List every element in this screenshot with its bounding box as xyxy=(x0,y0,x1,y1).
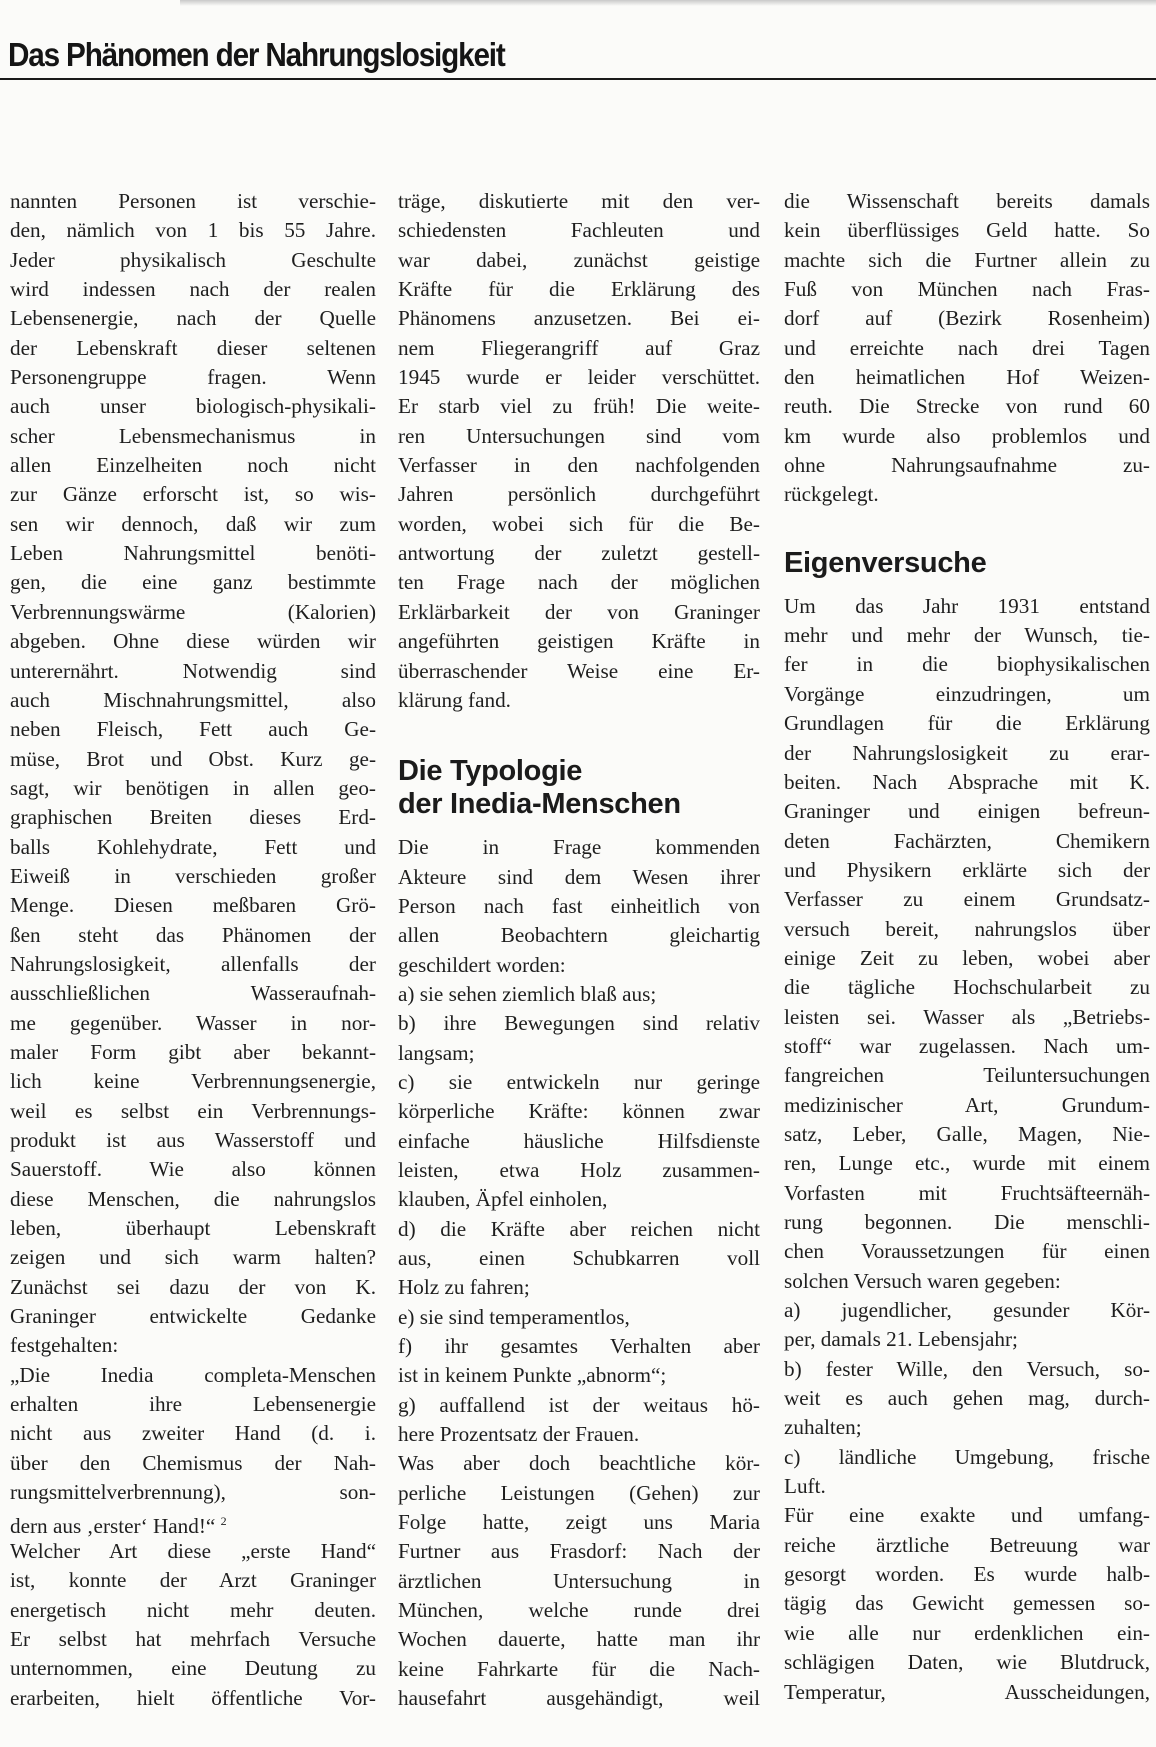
text-line: Furtner aus Frasdorf: Nach der xyxy=(398,1537,760,1566)
text-line: medizinischer Art, Grundum- xyxy=(784,1091,1150,1120)
text-line: Vorfasten mit Fruchtsäfteernäh- xyxy=(784,1179,1150,1208)
text-line: Nahrungslosigkeit, allenfalls der xyxy=(10,950,376,979)
text-line: sagt, wir benötigen in allen geo- xyxy=(10,774,376,803)
text-line: auch unser biologisch-physikali- xyxy=(10,392,376,421)
text-line: angeführten geistigen Kräfte in xyxy=(398,627,760,656)
list-item-line: langsam; xyxy=(398,1039,760,1068)
text-line: Welcher Art diese „erste Hand“ xyxy=(10,1537,376,1566)
text-line: reuth. Die Strecke von rund 60 xyxy=(784,392,1150,421)
text-line: fangreichen Teiluntersuchungen xyxy=(784,1061,1150,1090)
text-line: schlägigen Daten, wie Blutdruck, xyxy=(784,1648,1150,1677)
text-line: unterernährt. Notwendig sind xyxy=(10,657,376,686)
paragraph: nannten Personen ist verschie-den, nämli… xyxy=(10,187,376,1361)
text-line: Temperatur, Ausscheidungen, xyxy=(784,1678,1150,1707)
paragraph: Um das Jahr 1931 entstandmehr und mehr d… xyxy=(784,592,1150,1296)
text-line: Lebensenergie, nach der Quelle xyxy=(10,304,376,333)
text-line: 1945 wurde er leider verschüttet. xyxy=(398,363,760,392)
text-line: Verfasser in den nachfolgenden xyxy=(398,451,760,480)
text-line: Grundlagen für die Erklärung xyxy=(784,709,1150,738)
list-item: e) sie sind temperamentlos, xyxy=(398,1303,760,1332)
text-line: kein überflüssiges Geld hatte. So xyxy=(784,216,1150,245)
text-line: gen, die eine ganz bestimmte xyxy=(10,568,376,597)
paragraph: Die in Frage kommendenAkteure sind dem W… xyxy=(398,833,760,980)
list-item-line: g) auffallend ist der weitaus hö- xyxy=(398,1391,760,1420)
list-item-line: a) sie sehen ziemlich blaß aus; xyxy=(398,980,760,1009)
section-heading: Eigenversuche xyxy=(784,547,1150,580)
list-item-line: weit es auch gehen mag, durch- xyxy=(784,1384,1150,1413)
text-line: zeigen und sich warm halten? xyxy=(10,1243,376,1272)
list-item-line: b) fester Wille, den Versuch, so- xyxy=(784,1355,1150,1384)
list-item-line: Luft. xyxy=(784,1472,1150,1501)
list-item-line: leisten, etwa Holz zusammen- xyxy=(398,1156,760,1185)
text-line: Er selbst hat mehrfach Versuche xyxy=(10,1625,376,1654)
list-item: b) fester Wille, den Versuch, so-weit es… xyxy=(784,1355,1150,1443)
text-line: km wurde also problemlos und xyxy=(784,422,1150,451)
text-line: leben, überhaupt Lebenskraft xyxy=(10,1214,376,1243)
quote-line: erhalten ihre Lebensenergie xyxy=(10,1390,376,1419)
text-line: abgeben. Ohne diese würden wir xyxy=(10,627,376,656)
text-line: stoff“ war zugelassen. Nach um- xyxy=(784,1032,1150,1061)
text-line: nem Fliegerangriff auf Graz xyxy=(398,334,760,363)
text-line: Graninger entwickelte Gedanke xyxy=(10,1302,376,1331)
text-line: energetisch nicht mehr deuten. xyxy=(10,1596,376,1625)
list-item-line: aus, einen Schubkarren voll xyxy=(398,1244,760,1273)
enumerated-list: a) sie sehen ziemlich blaß aus;b) ihre B… xyxy=(398,980,760,1450)
list-item-line: zuhalten; xyxy=(784,1413,1150,1442)
text-line: keine Fahrkarte für die Nach- xyxy=(398,1655,760,1684)
quote-line: rungsmittelverbrennung), son- xyxy=(10,1478,376,1507)
text-line: Zunächst sei dazu der von K. xyxy=(10,1273,376,1302)
text-line: ren, Lunge etc., wurde mit einem xyxy=(784,1149,1150,1178)
text-line: beiten. Nach Absprache mit K. xyxy=(784,768,1150,797)
text-line: zur Gänze erforscht ist, so wis- xyxy=(10,480,376,509)
paragraph: die Wissenschaft bereits damalskein über… xyxy=(784,187,1150,510)
text-line: versuch bereit, nahrungslos über xyxy=(784,915,1150,944)
text-line: sen wir dennoch, daß wir zum xyxy=(10,510,376,539)
text-line: klärung fand. xyxy=(398,686,760,715)
section-heading-line: Die Typologie xyxy=(398,755,760,788)
text-line: deten Fachärzten, Chemikern xyxy=(784,827,1150,856)
text-line: satz, Leber, Galle, Magen, Nie- xyxy=(784,1120,1150,1149)
text-line: leisten sei. Wasser als „Betriebs- xyxy=(784,1003,1150,1032)
text-line: scher Lebensmechanismus in xyxy=(10,422,376,451)
text-line: allen Beobachtern gleichartig xyxy=(398,921,760,950)
list-item-line: f) ihr gesamtes Verhalten aber xyxy=(398,1332,760,1361)
text-line: solchen Versuch waren gegeben: xyxy=(784,1267,1150,1296)
header-divider xyxy=(0,78,1156,80)
text-line: Erklärbarkeit der von Graninger xyxy=(398,598,760,627)
list-item-line: körperliche Kräfte: können zwar xyxy=(398,1097,760,1126)
list-item: c) sie entwickeln nur geringekörperliche… xyxy=(398,1068,760,1215)
text-line: ten Frage nach der möglichen xyxy=(398,568,760,597)
list-item-line: c) sie entwickeln nur geringe xyxy=(398,1068,760,1097)
text-line: rung begonnen. Die menschli- xyxy=(784,1208,1150,1237)
text-line: Jahren persönlich durchgeführt xyxy=(398,480,760,509)
text-line: Kräfte für die Erklärung des xyxy=(398,275,760,304)
text-line: der Nahrungslosigkeit zu erar- xyxy=(784,739,1150,768)
text-line: fer in die biophysikalischen xyxy=(784,650,1150,679)
list-item: a) sie sehen ziemlich blaß aus; xyxy=(398,980,760,1009)
footnote-marker: 2 xyxy=(221,1514,227,1528)
text-line: rückgelegt. xyxy=(784,480,1150,509)
text-line: Person nach fast einheitlich von xyxy=(398,892,760,921)
text-line: weil es selbst ein Verbrennungs- xyxy=(10,1097,376,1126)
text-line: die tägliche Hochschularbeit zu xyxy=(784,973,1150,1002)
text-line: Jeder physikalisch Geschulte xyxy=(10,246,376,275)
list-item-line: Holz zu fahren; xyxy=(398,1273,760,1302)
text-line: wie alle nur erdenklichen ein- xyxy=(784,1619,1150,1648)
text-line: auch Mischnahrungsmittel, also xyxy=(10,686,376,715)
list-item: g) auffallend ist der weitaus hö-here Pr… xyxy=(398,1391,760,1450)
text-line: Die in Frage kommenden xyxy=(398,833,760,862)
text-column-1: nannten Personen ist verschie-den, nämli… xyxy=(10,187,376,1713)
text-line: Eiweiß in verschieden großer xyxy=(10,862,376,891)
text-line: einige Zeit zu leben, wobei aber xyxy=(784,944,1150,973)
text-line: Graninger und einigen befreun- xyxy=(784,797,1150,826)
text-line: Fuß von München nach Fras- xyxy=(784,275,1150,304)
text-line: Phänomens anzusetzen. Bei ei- xyxy=(398,304,760,333)
text-line: allen Einzelheiten noch nicht xyxy=(10,451,376,480)
text-line: den, nämlich von 1 bis 55 Jahre. xyxy=(10,216,376,245)
text-line: hausefahrt ausgehändigt, weil xyxy=(398,1684,760,1713)
list-item: a) jugendlicher, gesunder Kör-per, damal… xyxy=(784,1296,1150,1355)
text-line: Verbrennungswärme (Kalorien) xyxy=(10,598,376,627)
text-line: unternommen, eine Deutung zu xyxy=(10,1654,376,1683)
text-line: erarbeiten, hielt öffentliche Vor- xyxy=(10,1684,376,1713)
text-line: produkt ist aus Wasserstoff und xyxy=(10,1126,376,1155)
text-line: Verfasser zu einem Grundsatz- xyxy=(784,885,1150,914)
text-line: me gegenüber. Wasser in nor- xyxy=(10,1009,376,1038)
enumerated-list: a) jugendlicher, gesunder Kör-per, damal… xyxy=(784,1296,1150,1501)
paragraph: träge, diskutierte mit den ver-schiedens… xyxy=(398,187,760,715)
text-line: die Wissenschaft bereits damals xyxy=(784,187,1150,216)
text-line: reiche ärztliche Betreuung war xyxy=(784,1531,1150,1560)
section-heading: Die Typologieder Inedia-Menschen xyxy=(398,755,760,821)
section-heading-line: Eigenversuche xyxy=(784,547,1150,580)
text-line: der Lebenskraft dieser seltenen xyxy=(10,334,376,363)
text-column-3: die Wissenschaft bereits damalskein über… xyxy=(784,187,1150,1707)
text-line: träge, diskutierte mit den ver- xyxy=(398,187,760,216)
scan-edge-shadow xyxy=(180,0,1156,6)
list-item-line: d) die Kräfte aber reichen nicht xyxy=(398,1215,760,1244)
text-line: graphischen Breiten dieses Erd- xyxy=(10,803,376,832)
page-header: Das Phänomen der Nahrungslosigkeit xyxy=(0,30,1156,80)
text-line: Vorgänge einzudringen, um xyxy=(784,680,1150,709)
list-item-line: a) jugendlicher, gesunder Kör- xyxy=(784,1296,1150,1325)
text-line: den heimatlichen Hof Weizen- xyxy=(784,363,1150,392)
paragraph: Was aber doch beachtliche kör-perliche L… xyxy=(398,1449,760,1713)
quote-line-text: dern aus ‚erster‘ Hand!“ xyxy=(10,1515,215,1539)
text-line: gesorgt worden. Es wurde halb- xyxy=(784,1560,1150,1589)
text-line: ärztlichen Untersuchung in xyxy=(398,1567,760,1596)
text-line: ist, konnte der Arzt Graninger xyxy=(10,1566,376,1595)
quote-line: „Die Inedia completa-Menschen xyxy=(10,1361,376,1390)
text-line: Personengruppe fragen. Wenn xyxy=(10,363,376,392)
text-line: und erreichte nach drei Tagen xyxy=(784,334,1150,363)
list-item: d) die Kräfte aber reichen nichtaus, ein… xyxy=(398,1215,760,1303)
list-item: c) ländliche Umgebung, frischeLuft. xyxy=(784,1443,1150,1502)
text-line: neben Fleisch, Fett auch Ge- xyxy=(10,715,376,744)
text-line: perliche Leistungen (Gehen) zur xyxy=(398,1479,760,1508)
text-line: nannten Personen ist verschie- xyxy=(10,187,376,216)
text-line: worden, wobei sich für die Be- xyxy=(398,510,760,539)
text-line: chen Voraussetzungen für einen xyxy=(784,1237,1150,1266)
text-column-2: träge, diskutierte mit den ver-schiedens… xyxy=(398,187,760,1714)
text-line: tägig das Gewicht gemessen so- xyxy=(784,1589,1150,1618)
text-line: wird indessen nach der realen xyxy=(10,275,376,304)
text-line: ren Untersuchungen sind vom xyxy=(398,422,760,451)
text-line: und Physikern erklärte sich der xyxy=(784,856,1150,885)
list-item-line: e) sie sind temperamentlos, xyxy=(398,1303,760,1332)
text-line: machte sich die Furtner allein zu xyxy=(784,246,1150,275)
text-line: diese Menschen, die nahrungslos xyxy=(10,1185,376,1214)
text-line: München, welche runde drei xyxy=(398,1596,760,1625)
list-item-line: einfache häusliche Hilfsdienste xyxy=(398,1127,760,1156)
text-line: geschildert worden: xyxy=(398,951,760,980)
text-line: Was aber doch beachtliche kör- xyxy=(398,1449,760,1478)
list-item-line: ist in keinem Punkte „abnorm“; xyxy=(398,1361,760,1390)
list-item-line: here Prozentsatz der Frauen. xyxy=(398,1420,760,1449)
page-title: Das Phänomen der Nahrungslosigkeit xyxy=(8,36,505,74)
paragraph: Welcher Art diese „erste Hand“ist, konnt… xyxy=(10,1537,376,1713)
text-line: Folge hatte, zeigt uns Maria xyxy=(398,1508,760,1537)
quote-line: nicht aus zweiter Hand (d. i. xyxy=(10,1419,376,1448)
list-item-line: klauben, Äpfel einholen, xyxy=(398,1185,760,1214)
text-line: war dabei, zunächst geistige xyxy=(398,246,760,275)
text-line: Um das Jahr 1931 entstand xyxy=(784,592,1150,621)
text-line: Wochen dauerte, hatte man ihr xyxy=(398,1625,760,1654)
text-line: lich keine Verbrennungsenergie, xyxy=(10,1067,376,1096)
text-line: festgehalten: xyxy=(10,1331,376,1360)
text-line: Für eine exakte und umfang- xyxy=(784,1501,1150,1530)
list-item-line: per, damals 21. Lebensjahr; xyxy=(784,1325,1150,1354)
quote-line: dern aus ‚erster‘ Hand!“ 2 xyxy=(10,1507,376,1536)
text-line: Akteure sind dem Wesen ihrer xyxy=(398,863,760,892)
paragraph: Für eine exakte und umfang-reiche ärztli… xyxy=(784,1501,1150,1706)
text-line: balls Kohlehydrate, Fett und xyxy=(10,833,376,862)
text-line: mehr und mehr der Wunsch, tie- xyxy=(784,621,1150,650)
list-item: b) ihre Bewegungen sind relativlangsam; xyxy=(398,1009,760,1068)
text-line: ßen steht das Phänomen der xyxy=(10,921,376,950)
text-line: schiedensten Fachleuten und xyxy=(398,216,760,245)
text-line: Er starb viel zu früh! Die weite- xyxy=(398,392,760,421)
list-item-line: c) ländliche Umgebung, frische xyxy=(784,1443,1150,1472)
quote-line: über den Chemismus der Nah- xyxy=(10,1449,376,1478)
text-line: müse, Brot und Obst. Kurz ge- xyxy=(10,745,376,774)
text-line: ausschließlichen Wasseraufnah- xyxy=(10,979,376,1008)
text-line: Menge. Diesen meßbaren Grö- xyxy=(10,891,376,920)
text-line: maler Form gibt aber bekannt- xyxy=(10,1038,376,1067)
quotation: „Die Inedia completa-Menschenerhalten ih… xyxy=(10,1361,376,1537)
text-line: Leben Nahrungsmittel benöti- xyxy=(10,539,376,568)
text-line: ohne Nahrungsaufnahme zu- xyxy=(784,451,1150,480)
text-line: antwortung der zuletzt gestell- xyxy=(398,539,760,568)
list-item-line: b) ihre Bewegungen sind relativ xyxy=(398,1009,760,1038)
text-line: Sauerstoff. Wie also können xyxy=(10,1155,376,1184)
text-line: überraschender Weise eine Er- xyxy=(398,657,760,686)
section-heading-line: der Inedia-Menschen xyxy=(398,788,760,821)
list-item: f) ihr gesamtes Verhalten aberist in kei… xyxy=(398,1332,760,1391)
text-line: dorf auf (Bezirk Rosenheim) xyxy=(784,304,1150,333)
